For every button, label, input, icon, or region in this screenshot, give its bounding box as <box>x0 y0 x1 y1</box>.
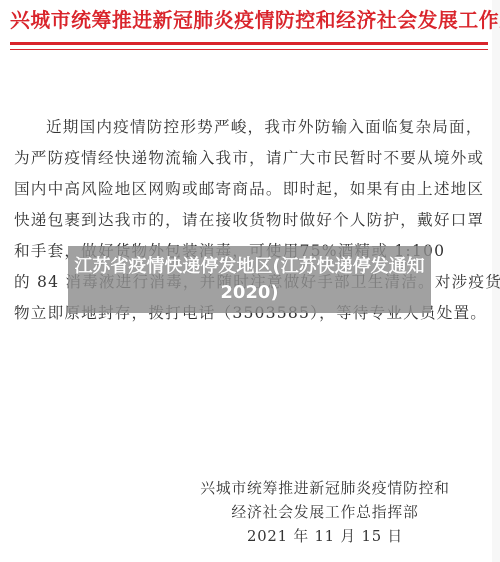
signature-date: 2021 年 11 月 15 日 <box>150 525 500 549</box>
body-paragraph-line: 为严防疫情经快递物流输入我市，请广大市民暂时不要从境外或 <box>14 143 490 174</box>
signature-block: 兴城市统筹推进新冠肺炎疫情防控和 经济社会发展工作总指挥部 2021 年 11 … <box>150 477 500 549</box>
signature-org-line2: 经济社会发展工作总指挥部 <box>150 501 500 525</box>
overlay-title: 江苏省疫情快递停发地区(江苏快递停发通知2020) <box>68 254 431 306</box>
header-rule-thin <box>10 49 488 50</box>
body-paragraph-line: 国内中高风险地区网购或邮寄商品。即时起，如果有由上述地区 <box>14 174 490 205</box>
header-title: 兴城市统筹推进新冠肺炎疫情防控和经济社会发展工作总指挥部 <box>10 8 490 34</box>
signature-org-line1: 兴城市统筹推进新冠肺炎疫情防控和 <box>150 477 500 501</box>
body-paragraph-line: 近期国内疫情防控形势严峻，我市外防输入面临复杂局面， <box>14 112 490 143</box>
title-overlay-banner: 江苏省疫情快递停发地区(江苏快递停发通知2020) <box>68 246 431 313</box>
header-rule-thick <box>10 42 488 45</box>
document-header: 兴城市统筹推进新冠肺炎疫情防控和经济社会发展工作总指挥部 <box>10 8 490 34</box>
body-paragraph-line: 快递包裹到达我市的，请在接收货物时做好个人防护，戴好口罩 <box>14 205 490 236</box>
